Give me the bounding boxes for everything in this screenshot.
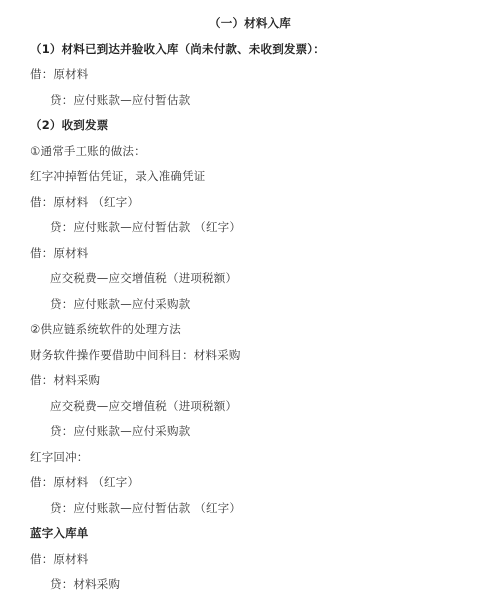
entry-debit-input-vat: 应交税费—应交增值税（进项税额）	[0, 266, 500, 292]
entry-debit-input-vat: 应交税费—应交增值税（进项税额）	[0, 394, 500, 420]
entry-credit-purchase-payable: 贷：应付账款—应付采购款	[0, 419, 500, 445]
entry-credit-material-purchase: 贷：材料采购	[0, 572, 500, 598]
entry-debit-material-purchase: 借：材料采购	[0, 368, 500, 394]
entry-debit-raw-materials: 借：原材料	[0, 547, 500, 573]
paragraph-intermediate-account: 财务软件操作要借助中间科目：材料采购	[0, 343, 500, 369]
entry-credit-estimated-payable-red: 贷：应付账款—应付暂估款 （红字）	[0, 215, 500, 241]
section-title: （一）材料入库	[0, 11, 500, 37]
label-red-reversal: 红字回冲：	[0, 445, 500, 471]
entry-debit-raw-materials-red: 借：原材料 （红字）	[0, 470, 500, 496]
entry-debit-raw-materials: 借：原材料	[0, 62, 500, 88]
entry-debit-raw-materials: 借：原材料	[0, 241, 500, 267]
entry-debit-raw-materials-red: 借：原材料 （红字）	[0, 190, 500, 216]
heading-materials-received: （1）材料已到达并验收入库（尚未付款、未收到发票）：	[0, 37, 500, 63]
entry-credit-estimated-payable: 贷：应付账款—应付暂估款	[0, 88, 500, 114]
heading-invoice-received: （2）收到发票	[0, 113, 500, 139]
entry-credit-estimated-payable-red: 贷：应付账款—应付暂估款 （红字）	[0, 496, 500, 522]
subheading-manual-method: ①通常手工账的做法：	[0, 139, 500, 165]
paragraph-red-reversal-note: 红字冲掉暂估凭证，录入准确凭证	[0, 164, 500, 190]
document-body: （一）材料入库 （1）材料已到达并验收入库（尚未付款、未收到发票）： 借：原材料…	[0, 11, 500, 598]
heading-blue-receipt: 蓝字入库单	[0, 521, 500, 547]
subheading-software-method: ②供应链系统软件的处理方法	[0, 317, 500, 343]
entry-credit-purchase-payable: 贷：应付账款—应付采购款	[0, 292, 500, 318]
